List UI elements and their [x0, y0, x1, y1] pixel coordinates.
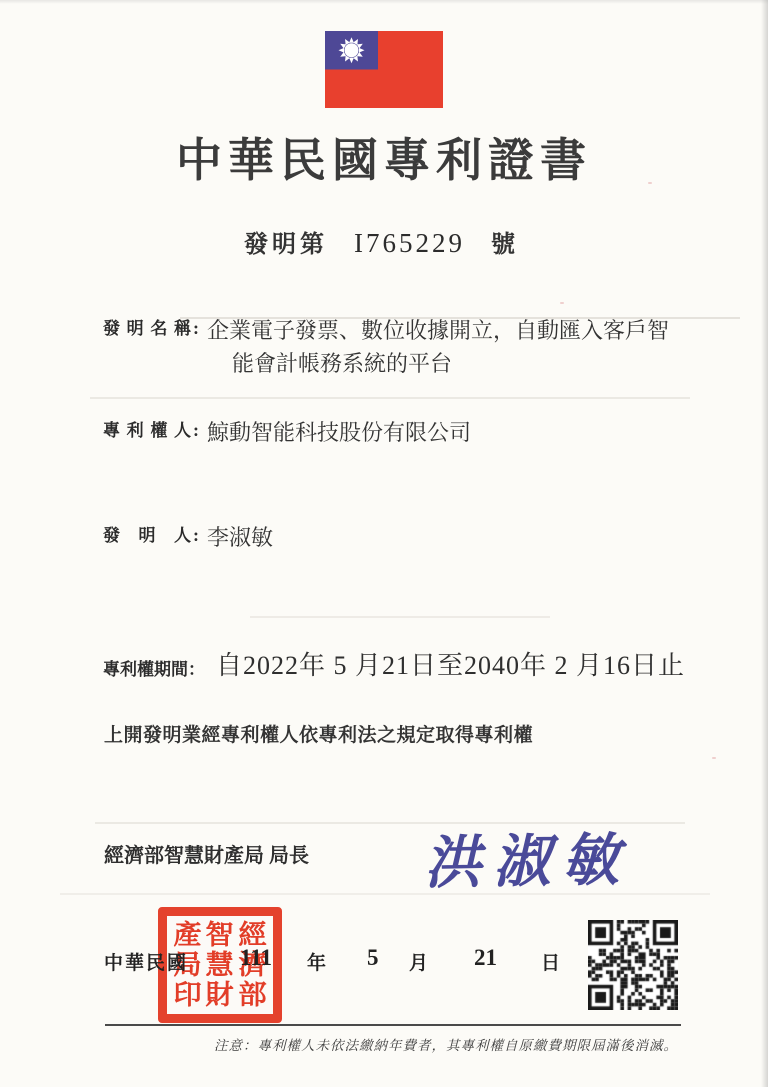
colon: :	[191, 521, 201, 546]
colon: :	[191, 314, 201, 339]
date-day: 21	[474, 945, 497, 971]
patentee-label: 專利權人	[103, 416, 191, 439]
invention-name-line1: 企業電子發票、數位收據開立，自動匯入客戶智	[207, 318, 669, 343]
seal-column-middle: 智 慧 財	[206, 920, 233, 1010]
field-invention-name: 發明名稱 : 企業電子發票、數位收據開立，自動匯入客戶智 能會計帳務系統的平台	[103, 314, 669, 380]
issuing-agency-title: 經濟部智慧財產局 局長	[104, 839, 309, 868]
seal-char: 產	[173, 920, 201, 950]
date-month: 5	[367, 945, 379, 971]
qr-code	[588, 920, 678, 1010]
inventor-value: 李淑敏	[207, 521, 273, 554]
date-day-unit: 日	[541, 948, 560, 975]
scan-edge-shadow-top	[0, 0, 768, 4]
seal-char: 財	[206, 980, 234, 1010]
colon: :	[191, 416, 201, 441]
certificate-number-row: 發明第 I765229 號	[244, 224, 519, 259]
certificate-title: 中華民國專利證書	[0, 124, 768, 190]
term-value: 自2022年 5 月21日至2040年 2 月16日止	[216, 645, 685, 682]
field-patentee: 專利權人 : 鯨動智能科技股份有限公司	[103, 416, 471, 449]
scan-artifact-line	[250, 616, 550, 618]
date-year: 111	[240, 945, 272, 971]
date-month-unit: 月	[409, 948, 428, 975]
invention-name-label: 發明名稱	[103, 314, 191, 337]
cert-number-prefix: 發明第	[244, 224, 328, 259]
taiwan-flag-image	[325, 31, 443, 108]
patentee-value: 鯨動智能科技股份有限公司	[207, 416, 471, 449]
field-inventor: 發明人 : 李淑敏	[103, 521, 273, 554]
grant-statement: 上開發明業經專利權人依專利法之規定取得專利權	[104, 720, 533, 747]
cert-number-suffix: 號	[491, 224, 519, 259]
seal-char: 智	[206, 920, 234, 950]
date-era: 中華民國	[104, 948, 188, 975]
seal-char: 慧	[206, 950, 234, 980]
director-signature: 洪淑敏	[423, 814, 631, 900]
seal-char: 部	[238, 980, 266, 1010]
cert-number: I765229	[354, 228, 465, 259]
footer-note: 注意：專利權人未依法繳納年費者，其專利權自原繳費期限屆滿後消滅。	[214, 1034, 678, 1054]
date-year-unit: 年	[307, 948, 326, 975]
patent-certificate-page: 中華民國專利證書 發明第 I765229 號 發明名稱 : 企業電子發票、數位收…	[0, 0, 768, 1087]
taiwan-flag	[325, 31, 443, 108]
term-label: 專利權期間：	[103, 655, 205, 680]
footer-divider	[105, 1024, 681, 1026]
inventor-label: 發明人	[103, 521, 191, 544]
scan-artifact-line	[90, 397, 690, 399]
invention-name-line2: 能會計帳務系統的平台	[207, 347, 669, 380]
invention-name-value: 企業電子發票、數位收據開立，自動匯入客戶智 能會計帳務系統的平台	[207, 314, 669, 380]
seal-char: 印	[173, 980, 201, 1010]
